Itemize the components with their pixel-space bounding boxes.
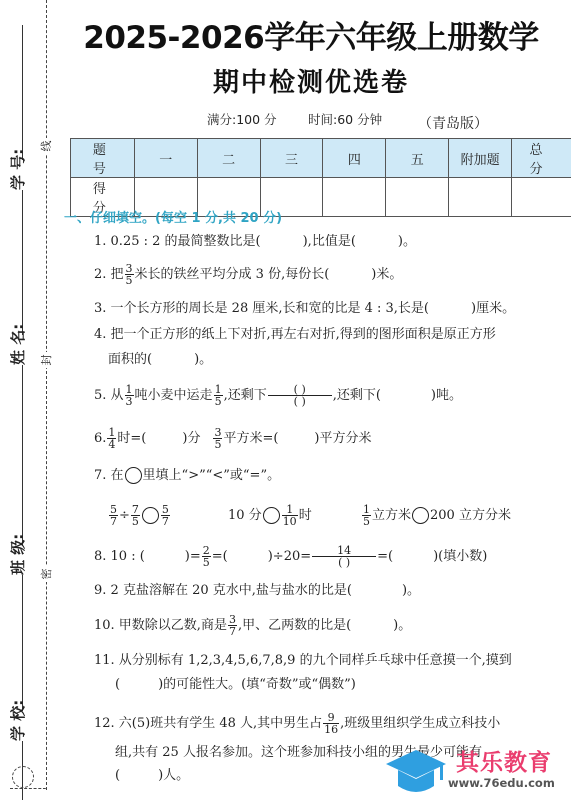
q7-item-2: 10 分110时 xyxy=(228,504,312,527)
q6-text: 6. xyxy=(94,431,106,446)
q10-fraction: 37 xyxy=(228,614,237,637)
name-label: 姓 名: xyxy=(3,335,43,365)
binding-margin: 学 号: 姓 名: 班 级: 学 校: 线 封 密 xyxy=(0,0,60,800)
cut-line xyxy=(46,0,47,790)
class-label: 班 级: xyxy=(3,545,43,575)
graduation-cap-icon xyxy=(384,748,448,796)
q2-text: 2. 把 xyxy=(94,267,124,282)
q12-text: 12. 六(5)班共有学生 48 人,其中男生占 xyxy=(94,716,322,731)
q7-3-unit: 立方米 xyxy=(372,508,411,523)
q5-text: 5. 从 xyxy=(94,388,124,403)
q7-3-right: 200 立方分米 xyxy=(430,508,511,523)
watermark-url: www.76edu.com xyxy=(448,776,555,790)
question-11-line2: ()的可能性大。(填“奇数”或“偶数”) xyxy=(115,675,356,695)
q1-text: 1. 0.25 : 2 的最简整数比是( xyxy=(94,234,261,249)
row-header-question-no: 题 号 xyxy=(71,139,135,178)
q6-fraction-1: 14 xyxy=(107,427,116,450)
q12-text-d: )人。 xyxy=(158,768,189,783)
q7-item-3: 15立方米200 立方分米 xyxy=(361,504,511,527)
col-header-total: 总 分 xyxy=(512,139,571,178)
q1-text-b: ),比值是( xyxy=(303,234,356,249)
q7-2-left: 10 分 xyxy=(228,508,262,523)
q3-text-b: )厘米。 xyxy=(471,301,515,316)
col-header-bonus: 附加题 xyxy=(449,139,512,178)
col-header-3: 三 xyxy=(260,139,323,178)
q5-fraction-1: 13 xyxy=(125,384,134,407)
question-12-line3: ()人。 xyxy=(115,766,189,786)
score-cell-4[interactable] xyxy=(323,178,386,217)
question-9: 9. 2 克盐溶解在 20 克水中,盐与盐水的比是()。 xyxy=(94,581,420,601)
question-4-line2: 面积的()。 xyxy=(108,350,212,370)
q8-fraction: 25 xyxy=(202,545,211,568)
question-10: 10. 甲数除以乙数,商是37,甲、乙两数的比是()。 xyxy=(94,614,411,637)
score-cell-5[interactable] xyxy=(386,178,449,217)
q11-text-b: )的可能性大。(填“奇数”或“偶数”) xyxy=(158,677,356,692)
watermark: 其乐教育 www.76edu.com xyxy=(380,744,571,800)
time-limit: 时间:60 分钟 xyxy=(308,110,382,128)
student-id-label: 学 号: xyxy=(3,160,43,190)
col-header-4: 四 xyxy=(323,139,386,178)
question-5: 5. 从13吨小麦中运走15,还剩下( )( ),还剩下()吨。 xyxy=(94,384,462,407)
seal-mark-secret: 密 xyxy=(38,566,54,582)
question-1: 1. 0.25 : 2 的最简整数比是(),比值是()。 xyxy=(94,232,416,252)
q7-1-compare-circle[interactable] xyxy=(142,507,159,524)
q6-text-d: 平方米=( xyxy=(223,431,278,446)
q7-1-frac-b: 75 xyxy=(131,504,140,527)
q8-fraction-blank[interactable]: 14( ) xyxy=(312,545,376,568)
q6-fraction-2: 35 xyxy=(213,427,222,450)
score-table: 题 号 一 二 三 四 五 附加题 总 分 得 分 xyxy=(70,138,571,217)
q8-text-e: =( xyxy=(377,549,393,564)
q7-item-1: 57÷7557 xyxy=(108,504,171,527)
school-label: 学 校: xyxy=(3,711,43,741)
question-6: 6.14时=()分35平方米=()平方分米 xyxy=(94,427,372,450)
question-12: 12. 六(5)班共有学生 48 人,其中男生占916,班级里组织学生成立科技小 xyxy=(94,712,500,735)
q7-text: 7. 在 xyxy=(94,468,124,483)
q10-text: 10. 甲数除以乙数,商是 xyxy=(94,618,227,633)
circle-icon xyxy=(125,467,142,484)
q2-text-c: )米。 xyxy=(371,267,402,282)
q8-text-d: )÷20= xyxy=(268,549,311,564)
q7-1-frac-c: 57 xyxy=(161,504,170,527)
q7-1-frac-a: 57 xyxy=(109,504,118,527)
q5-fraction-2: 15 xyxy=(214,384,223,407)
q8-text-b: )= xyxy=(185,549,201,564)
col-header-1: 一 xyxy=(134,139,197,178)
q3-text: 3. 一个长方形的周长是 28 厘米,长和宽的比是 4 : 3,长是( xyxy=(94,301,429,316)
q5-text-b: 吨小麦中运走 xyxy=(135,388,213,403)
margin-rule xyxy=(22,25,23,800)
seal-mark-seal: 封 xyxy=(38,352,54,368)
q4-line1: 4. 把一个正方形的纸上下对折,再左右对折,得到的图形面积是原正方形 xyxy=(94,327,496,342)
q2-text-b: 米长的铁丝平均分成 3 份,每份长( xyxy=(135,267,330,282)
question-8: 8. 10 : ()=25=()÷20=14( )=()(填小数) xyxy=(94,545,487,568)
exam-subtitle: 期中检测优选卷 xyxy=(66,62,556,99)
exam-title: 2025-2026学年六年级上册数学 xyxy=(66,12,556,57)
q12-text-c: ( xyxy=(115,768,120,783)
q5-text-d: ,还剩下( xyxy=(333,388,381,403)
q10-text-b: ,甲、乙两数的比是( xyxy=(238,618,351,633)
question-7: 7. 在里填上“>”“<”或“=”。 xyxy=(94,466,280,486)
q7-2-compare-circle[interactable] xyxy=(263,507,280,524)
punch-hole-icon xyxy=(12,766,34,788)
watermark-brand: 其乐教育 xyxy=(456,744,552,777)
q8-text-c: =( xyxy=(212,549,228,564)
q5-fraction-blank[interactable]: ( )( ) xyxy=(268,384,332,407)
q5-text-e: )吨。 xyxy=(431,388,462,403)
q5-text-c: ,还剩下 xyxy=(224,388,267,403)
q11-line1: 11. 从分别标有 1,2,3,4,5,6,7,8,9 的九个同样乒乓球中任意摸… xyxy=(94,653,512,668)
q6-text-c: )分 xyxy=(182,431,200,446)
q9-text: 9. 2 克盐溶解在 20 克水中,盐与盐水的比是( xyxy=(94,583,352,598)
cut-line-bottom xyxy=(10,788,46,789)
q2-fraction: 35 xyxy=(125,263,134,286)
q12-fraction: 916 xyxy=(323,712,339,735)
q4-text-b: )。 xyxy=(194,352,212,367)
q6-text-b: 时=( xyxy=(117,431,146,446)
full-score: 满分:100 分 xyxy=(207,110,277,128)
col-header-5: 五 xyxy=(386,139,449,178)
q11-text: ( xyxy=(115,677,120,692)
question-4: 4. 把一个正方形的纸上下对折,再左右对折,得到的图形面积是原正方形 xyxy=(94,325,496,345)
score-cell-bonus[interactable] xyxy=(449,178,512,217)
q10-text-c: )。 xyxy=(393,618,411,633)
edition-label: （青岛版） xyxy=(418,113,488,133)
section-title-fill-in: 一、仔细填空。(每空 1 分,共 20 分) xyxy=(64,207,282,226)
q7-2-unit: 时 xyxy=(299,508,312,523)
score-table-header-row: 题 号 一 二 三 四 五 附加题 总 分 xyxy=(71,139,571,178)
q9-text-b: )。 xyxy=(402,583,420,598)
question-11: 11. 从分别标有 1,2,3,4,5,6,7,8,9 的九个同样乒乓球中任意摸… xyxy=(94,651,512,671)
seal-mark-line: 线 xyxy=(38,138,54,154)
divide-sign: ÷ xyxy=(119,508,130,523)
question-3: 3. 一个长方形的周长是 28 厘米,长和宽的比是 4 : 3,长是()厘米。 xyxy=(94,299,515,319)
q7-text-b: 里填上“>”“<”或“=”。 xyxy=(143,468,281,483)
score-cell-total[interactable] xyxy=(512,178,571,217)
question-2: 2. 把35米长的铁丝平均分成 3 份,每份长()米。 xyxy=(94,263,402,286)
q7-2-frac: 110 xyxy=(282,504,298,527)
q1-text-c: )。 xyxy=(398,234,416,249)
q4-text: 面积的( xyxy=(108,352,152,367)
q8-text-f: )(填小数) xyxy=(433,549,487,564)
q7-3-frac: 15 xyxy=(362,504,371,527)
q6-text-e: )平方分米 xyxy=(314,431,371,446)
q8-text: 8. 10 : ( xyxy=(94,549,145,564)
q7-3-compare-circle[interactable] xyxy=(412,507,429,524)
col-header-2: 二 xyxy=(197,139,260,178)
q12-text-b: ,班级里组织学生成立科技小 xyxy=(340,716,500,731)
